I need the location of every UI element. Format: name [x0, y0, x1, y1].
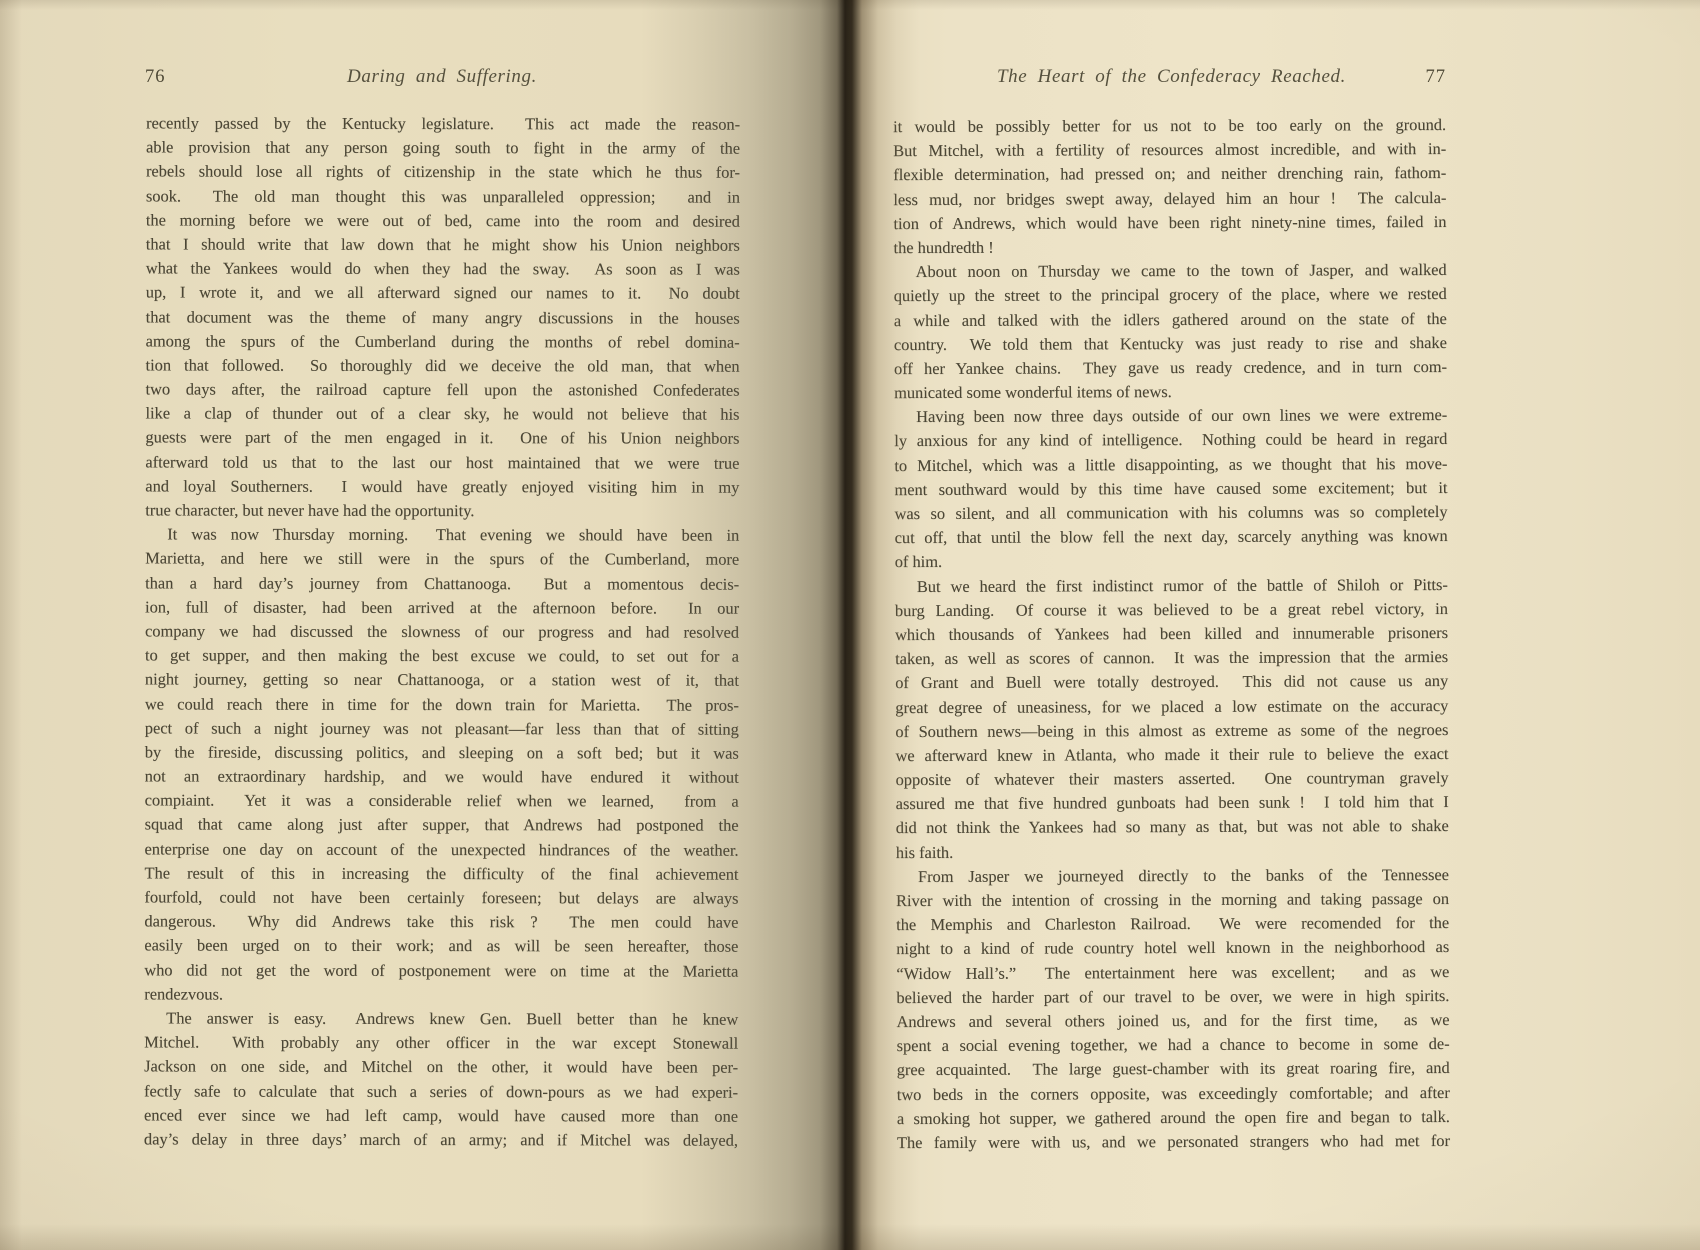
paragraph: But we heard the first indistinct rumor …: [895, 573, 1449, 865]
paragraph: it would be possibly better for us not t…: [893, 113, 1447, 260]
text-line: spent a social evening together, we had …: [897, 1032, 1450, 1058]
text-line: Having been now three days outside of ou…: [894, 403, 1447, 429]
text-line: his faith.: [896, 839, 1449, 865]
text-line: municated some wonderful items of news.: [894, 379, 1447, 405]
text-line: flexible determination, had pressed on; …: [893, 161, 1446, 187]
text-line: taken, as well as scores of cannon. It w…: [895, 645, 1448, 671]
text-line: two beds in the corners opposite, was ex…: [897, 1080, 1450, 1106]
text-line: country. We told them that Kentucky was …: [894, 331, 1447, 357]
text-line: believed the harder part of our travel t…: [896, 984, 1449, 1010]
text-line: ment southward would by this time have c…: [894, 476, 1447, 502]
text-line: From Jasper we journeyed directly to the…: [896, 863, 1449, 889]
text-line: great degree of uneasiness, for we place…: [895, 693, 1448, 719]
text-line: tion of Andrews, which would have been r…: [893, 210, 1446, 236]
text-line: But we heard the first indistinct rumor …: [895, 573, 1448, 599]
paragraph: Having been now three days outside of ou…: [894, 403, 1448, 574]
page-gutter-shadow: [640, 0, 920, 1250]
text-line: quietly up the street to the principal g…: [894, 282, 1447, 308]
text-line: burg Landing. Of course it was believed …: [895, 597, 1448, 623]
text-line: night to a kind of rude country hotel we…: [896, 935, 1449, 961]
paragraph: From Jasper we journeyed directly to the…: [896, 863, 1450, 1155]
text-line: did not think the Yankees had so many as…: [896, 814, 1449, 840]
text-line: we afterward knew in Atlanta, who made i…: [895, 742, 1448, 768]
text-line: But Mitchel, with a fertility of resourc…: [893, 137, 1446, 163]
right-page-header: 77 The Heart of the Confederacy Reached.: [895, 66, 1448, 98]
text-line: of Southern news—being in this almost as…: [895, 718, 1448, 744]
right-page-number: 77: [1426, 67, 1447, 88]
text-line: of him.: [895, 548, 1448, 574]
text-line: a smoking hot supper, we gathered around…: [897, 1105, 1450, 1131]
text-line: About noon on Thursday we came to the to…: [894, 258, 1447, 284]
text-line: which thousands of Yankees had been kill…: [895, 621, 1448, 647]
book-spread: 76 Daring and Suffering. recently passed…: [0, 0, 1700, 1250]
text-line: to Mitchel, which was a little disappoin…: [894, 452, 1447, 478]
text-line: Andrews and several others joined us, an…: [896, 1008, 1449, 1034]
text-line: opposite of whatever their masters asser…: [896, 766, 1449, 792]
text-line: gree acquainted. The large guest-chamber…: [897, 1056, 1450, 1082]
right-running-head: The Heart of the Confederacy Reached.: [895, 66, 1448, 88]
text-line: ly anxious for any kind of intelligence.…: [894, 427, 1447, 453]
text-line: “Widow Hall’s.” The entertainment here w…: [896, 959, 1449, 985]
text-line: cut off, that until the blow fell the ne…: [895, 524, 1448, 550]
text-line: The family were with us, and we personat…: [897, 1129, 1450, 1155]
text-line: River with the intention of crossing in …: [896, 887, 1449, 913]
left-page-number: 76: [145, 67, 166, 88]
text-line: the Memphis and Charleston Railroad. We …: [896, 911, 1449, 937]
text-line: a while and talked with the idlers gathe…: [894, 306, 1447, 332]
paragraph: About noon on Thursday we came to the to…: [894, 258, 1448, 405]
right-page: 77 The Heart of the Confederacy Reached.…: [895, 66, 1448, 1154]
text-line: the hundredth !: [893, 234, 1446, 260]
right-page-text: it would be possibly better for us not t…: [893, 113, 1450, 1155]
text-line: off her Yankee chains. They gave us read…: [894, 355, 1447, 381]
text-line: less mud, nor bridges swept away, delaye…: [893, 186, 1446, 212]
text-line: it would be possibly better for us not t…: [893, 113, 1446, 139]
text-line: assured me that five hundred gunboats ha…: [896, 790, 1449, 816]
text-line: of Grant and Buell were totally destroye…: [895, 669, 1448, 695]
text-line: was so silent, and all communication wit…: [894, 500, 1447, 526]
